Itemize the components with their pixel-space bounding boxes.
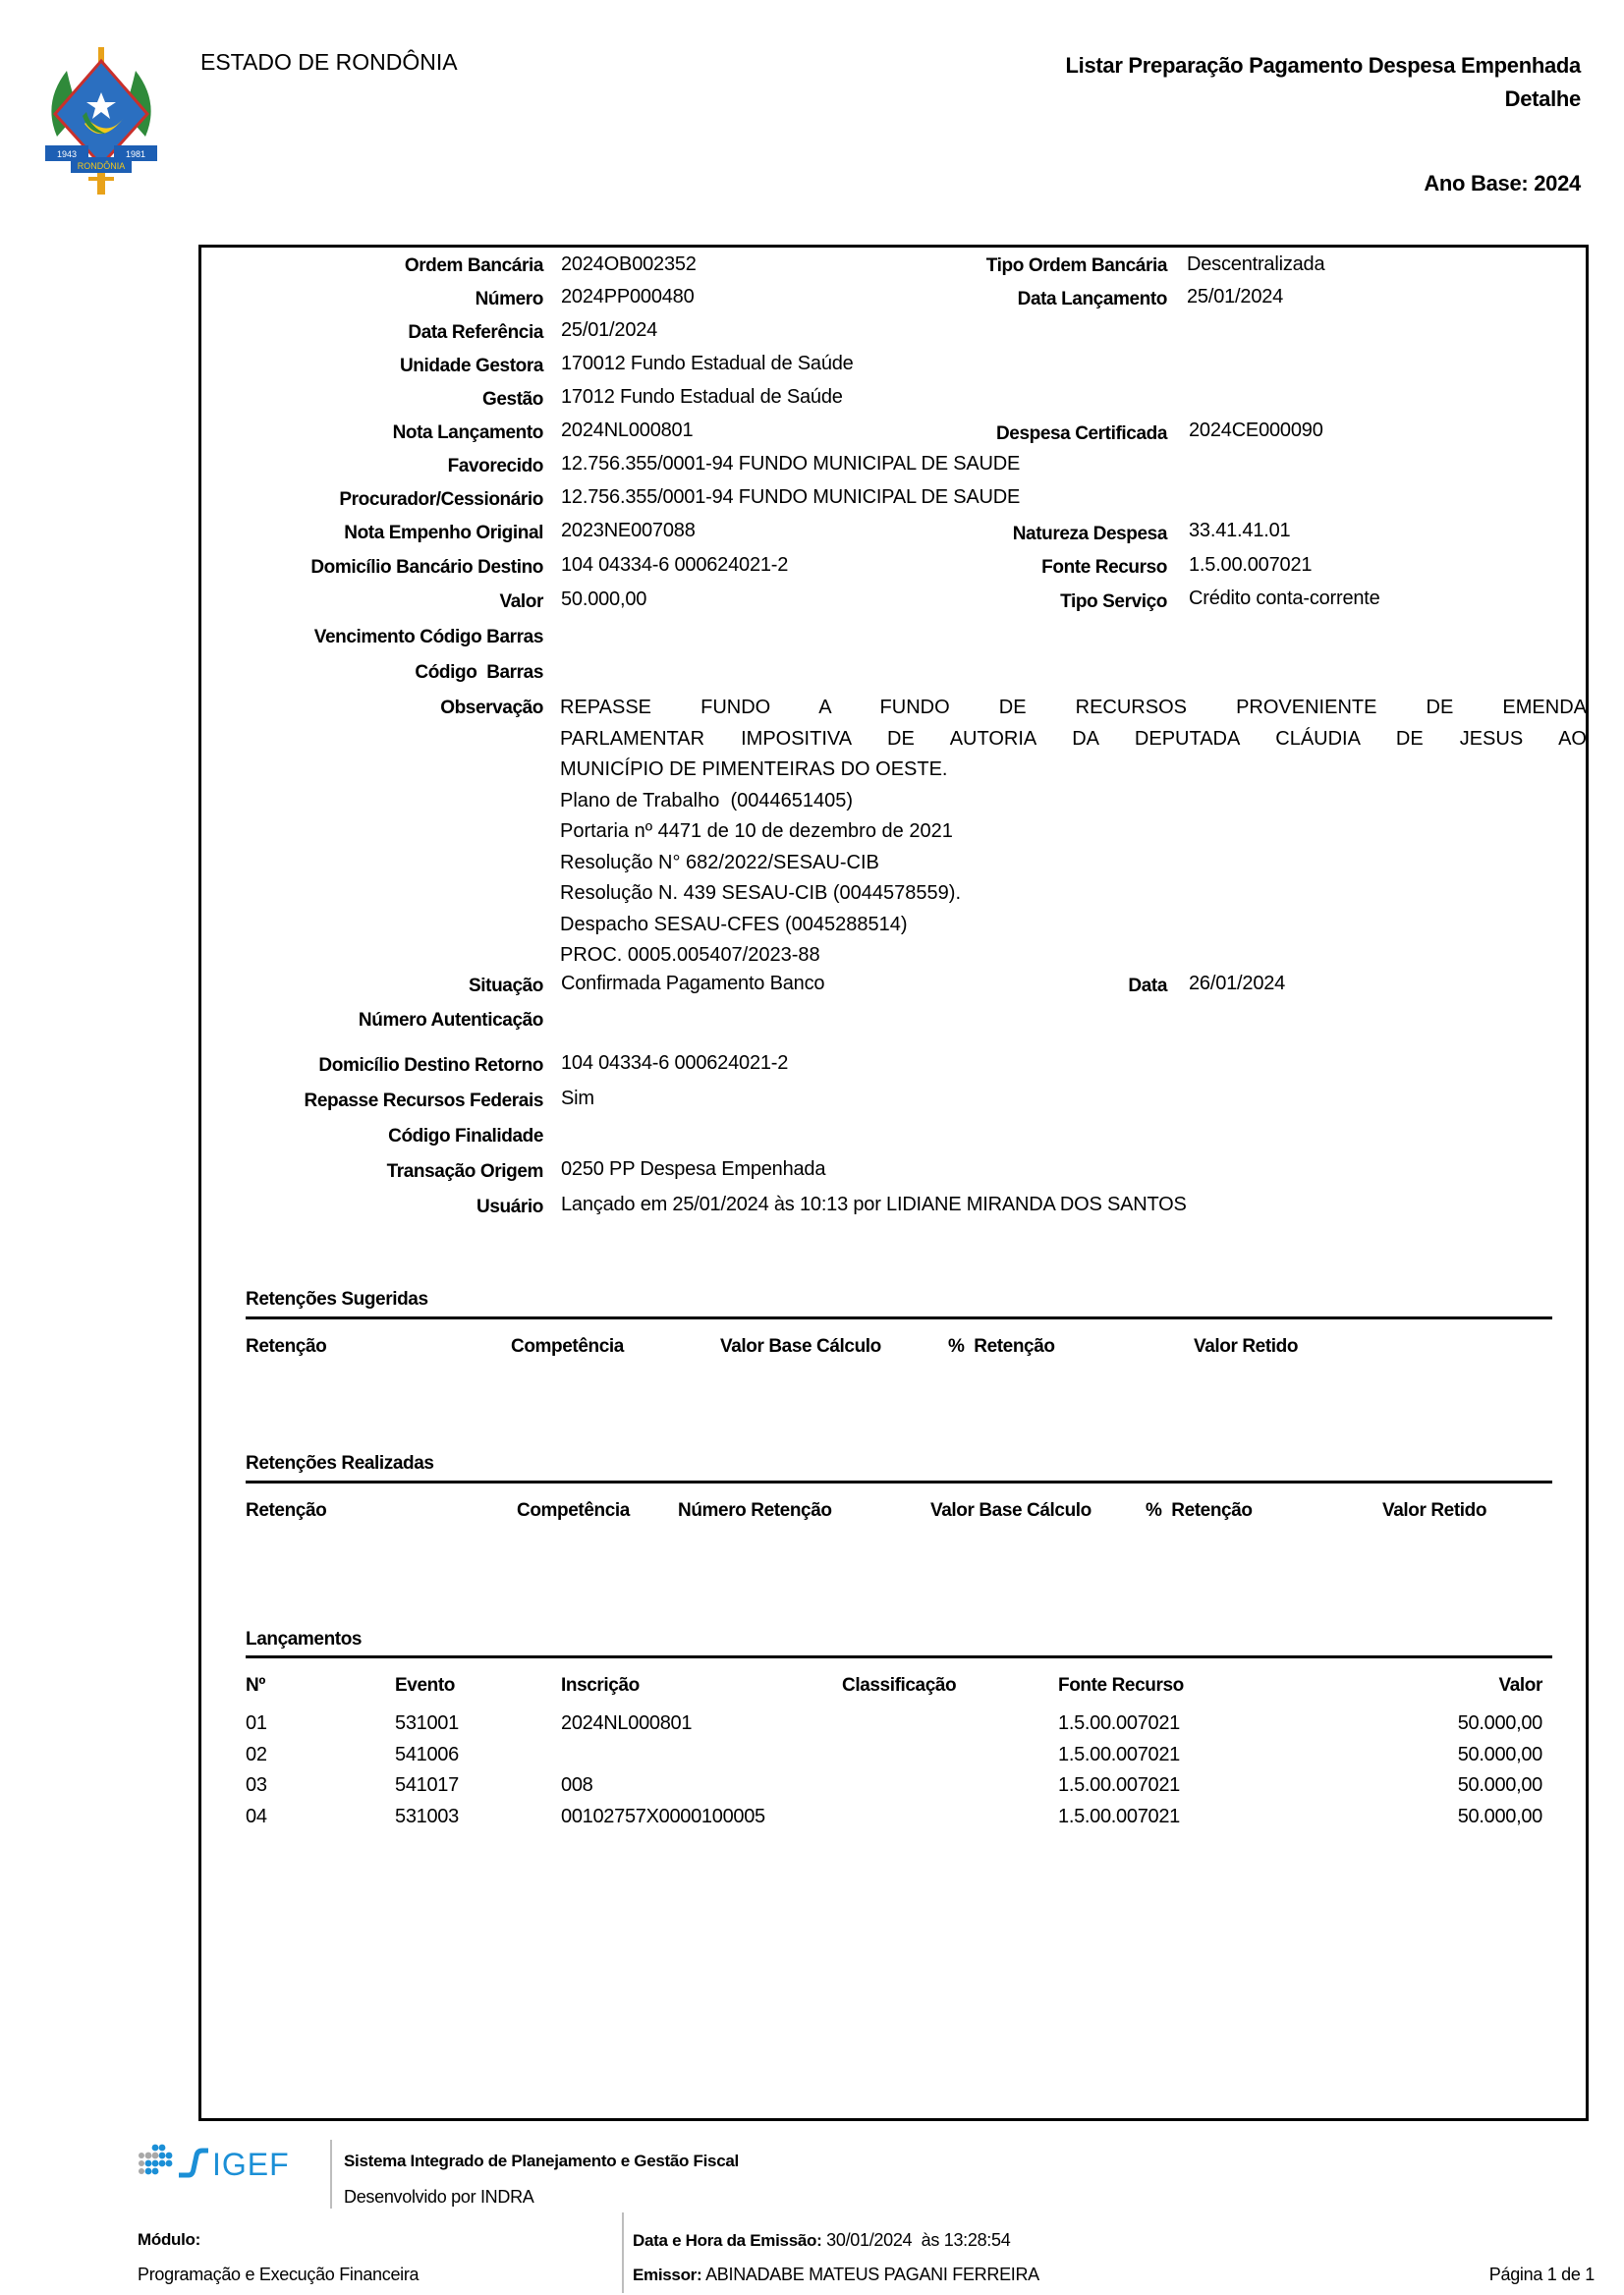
section-divider: [246, 1655, 1552, 1658]
label-domicilio-bancario-destino: Domicílio Bancário Destino: [310, 557, 543, 579]
value-domicilio-bancario-destino: 104 04334-6 000624021-2: [561, 554, 788, 577]
col-header: Competência: [511, 1336, 624, 1358]
lancamento-cell: 50.000,00: [1458, 1806, 1542, 1828]
label-transacao-origem: Transação Origem: [387, 1161, 543, 1183]
section-divider: [246, 1481, 1552, 1483]
lancamento-cell: 1.5.00.007021: [1058, 1806, 1180, 1828]
value-favorecido: 12.756.355/0001-94 FUNDO MUNICIPAL DE SA…: [561, 453, 1020, 476]
lancamento-cell: 02: [246, 1744, 267, 1766]
value-fonte-recurso: 1.5.00.007021: [1189, 554, 1312, 577]
value-numero: 2024PP000480: [561, 286, 695, 308]
ano-base-value: 2024: [1534, 171, 1581, 196]
col-header-evento: Evento: [395, 1675, 455, 1697]
label-repasse-recursos-federais: Repasse Recursos Federais: [305, 1091, 543, 1112]
lancamento-cell: 531001: [395, 1712, 459, 1735]
lancamento-cell: 2024NL000801: [561, 1712, 692, 1735]
col-header: Valor Base Cálculo: [720, 1336, 881, 1358]
col-header: Número Retenção: [678, 1500, 832, 1522]
value-ordem-bancaria: 2024OB002352: [561, 253, 697, 276]
value-nota-lancamento: 2024NL000801: [561, 420, 693, 442]
label-ordem-bancaria: Ordem Bancária: [405, 255, 543, 277]
label-data: Data: [1128, 976, 1167, 997]
observacao-line: Resolução N. 439 SESAU-CIB (0044578559).: [560, 878, 1587, 910]
lancamento-cell: 50.000,00: [1458, 1712, 1542, 1735]
emissao: Data e Hora da Emissão: 30/01/2024 às 13…: [633, 2230, 1010, 2251]
modulo-label: Módulo:: [138, 2230, 200, 2250]
value-despesa-certificada: 2024CE000090: [1189, 420, 1323, 442]
lancamento-cell: 1.5.00.007021: [1058, 1712, 1180, 1735]
svg-text:1943: 1943: [57, 149, 77, 159]
label-situacao: Situação: [469, 976, 543, 997]
lancamento-cell: 1.5.00.007021: [1058, 1774, 1180, 1797]
label-vencimento-codigo-barras: Vencimento Código Barras: [314, 627, 543, 648]
value-repasse-recursos-federais: Sim: [561, 1088, 594, 1110]
label-nota-empenho-original: Nota Empenho Original: [344, 523, 543, 544]
value-valor: 50.000,00: [561, 588, 646, 611]
state-crest-logo: 1943 1981 RONDÔNIA: [37, 43, 165, 200]
col-header-inscricao: Inscrição: [561, 1675, 640, 1697]
emissao-value: 30/01/2024 às 13:28:54: [826, 2230, 1010, 2250]
label-codigo-barras: Código Barras: [415, 662, 543, 684]
value-tipo-servico: Crédito conta-corrente: [1189, 588, 1380, 610]
col-header-fonte-recurso: Fonte Recurso: [1058, 1675, 1184, 1697]
value-data-lancamento: 25/01/2024: [1187, 286, 1283, 308]
col-header-numero: Nº: [246, 1675, 265, 1697]
lancamento-cell: 01: [246, 1712, 267, 1735]
lancamento-cell: 541006: [395, 1744, 459, 1766]
label-codigo-finalidade: Código Finalidade: [388, 1126, 543, 1147]
svg-text:1981: 1981: [126, 149, 145, 159]
observacao-line: Portaria nº 4471 de 10 de dezembro de 20…: [560, 816, 1587, 848]
sigef-logo-icon: IGEF: [138, 2142, 324, 2191]
observacao-line: Resolução N° 682/2022/SESAU-CIB: [560, 848, 1587, 879]
observacao-line: Despacho SESAU-CFES (0045288514): [560, 910, 1587, 941]
svg-text:IGEF: IGEF: [212, 2147, 290, 2182]
value-data-referencia: 25/01/2024: [561, 319, 657, 342]
retencoes-sugeridas-title: Retenções Sugeridas: [246, 1289, 428, 1311]
lancamento-cell: 04: [246, 1806, 267, 1828]
label-despesa-certificada: Despesa Certificada: [996, 423, 1167, 445]
section-divider: [246, 1316, 1552, 1319]
col-header: % Retenção: [948, 1336, 1055, 1358]
col-header: Retenção: [246, 1500, 326, 1522]
retencoes-realizadas-title: Retenções Realizadas: [246, 1453, 434, 1475]
value-transacao-origem: 0250 PP Despesa Empenhada: [561, 1158, 825, 1181]
label-data-lancamento: Data Lançamento: [1018, 289, 1167, 310]
report-subtitle: Detalhe: [1066, 83, 1582, 116]
label-usuario: Usuário: [476, 1197, 543, 1218]
emissor-label: Emissor:: [633, 2266, 701, 2284]
emissao-label: Data e Hora da Emissão:: [633, 2231, 821, 2250]
observacao-line: PARLAMENTAR IMPOSITIVA DE AUTORIA DA DEP…: [560, 724, 1587, 756]
value-usuario: Lançado em 25/01/2024 às 10:13 por LIDIA…: [561, 1194, 1187, 1216]
system-name: Sistema Integrado de Planejamento e Gest…: [344, 2152, 739, 2171]
col-header: % Retenção: [1146, 1500, 1253, 1522]
lancamento-cell: 1.5.00.007021: [1058, 1744, 1180, 1766]
value-situacao: Confirmada Pagamento Banco: [561, 973, 824, 995]
label-natureza-despesa: Natureza Despesa: [1013, 524, 1167, 545]
label-unidade-gestora: Unidade Gestora: [400, 356, 543, 377]
rondonia-coat-of-arms-icon: 1943 1981 RONDÔNIA: [37, 43, 165, 200]
lancamentos-title: Lançamentos: [246, 1629, 362, 1651]
emissor-value: ABINADABE MATEUS PAGANI FERREIRA: [705, 2265, 1039, 2284]
observacao-line: MUNICÍPIO DE PIMENTEIRAS DO OESTE.: [560, 755, 1587, 786]
label-tipo-ordem-bancaria: Tipo Ordem Bancária: [986, 255, 1167, 277]
footer-divider: [330, 2140, 332, 2209]
report-title: Listar Preparação Pagamento Despesa Empe…: [1066, 49, 1582, 83]
lancamento-cell: 50.000,00: [1458, 1774, 1542, 1797]
lancamento-cell: 008: [561, 1774, 592, 1797]
value-domicilio-destino-retorno: 104 04334-6 000624021-2: [561, 1052, 788, 1075]
label-nota-lancamento: Nota Lançamento: [393, 422, 543, 444]
sigef-logo: IGEF: [138, 2142, 324, 2191]
label-numero: Número: [476, 289, 543, 310]
label-procurador: Procurador/Cessionário: [339, 489, 543, 511]
label-tipo-servico: Tipo Serviço: [1060, 591, 1167, 613]
col-header: Valor Retido: [1382, 1500, 1486, 1522]
modulo-value: Programação e Execução Financeira: [138, 2265, 419, 2285]
page-number: Página 1 de 1: [1489, 2265, 1595, 2285]
value-procurador: 12.756.355/0001-94 FUNDO MUNICIPAL DE SA…: [561, 486, 1020, 509]
report-title-block: Listar Preparação Pagamento Despesa Empe…: [1066, 49, 1582, 116]
label-numero-autenticacao: Número Autenticação: [359, 1010, 543, 1032]
value-nota-empenho-original: 2023NE007088: [561, 520, 696, 542]
label-fonte-recurso: Fonte Recurso: [1041, 557, 1167, 579]
ano-base: Ano Base: 2024: [1424, 171, 1581, 196]
lancamento-cell: 03: [246, 1774, 267, 1797]
value-observacao: REPASSE FUNDO A FUNDO DE RECURSOS PROVEN…: [560, 693, 1587, 972]
label-observacao: Observação: [440, 698, 543, 719]
observacao-line: PROC. 0005.005407/2023-88: [560, 940, 1587, 972]
col-header-classificacao: Classificação: [842, 1675, 956, 1697]
observacao-line: Plano de Trabalho (0044651405): [560, 786, 1587, 817]
value-data: 26/01/2024: [1189, 973, 1285, 995]
value-unidade-gestora: 170012 Fundo Estadual de Saúde: [561, 353, 854, 375]
label-data-referencia: Data Referência: [408, 322, 543, 344]
value-natureza-despesa: 33.41.41.01: [1189, 520, 1290, 542]
lancamento-cell: 00102757X0000100005: [561, 1806, 765, 1828]
footer-divider: [622, 2212, 624, 2293]
label-gestao: Gestão: [482, 389, 543, 411]
label-domicilio-destino-retorno: Domicílio Destino Retorno: [318, 1055, 543, 1077]
col-header-valor: Valor: [1499, 1675, 1542, 1697]
col-header: Retenção: [246, 1336, 326, 1358]
observacao-line: REPASSE FUNDO A FUNDO DE RECURSOS PROVEN…: [560, 693, 1587, 724]
svg-text:RONDÔNIA: RONDÔNIA: [78, 161, 126, 171]
ano-base-label: Ano Base:: [1424, 171, 1528, 196]
state-name: ESTADO DE RONDÔNIA: [200, 49, 458, 76]
col-header: Valor Retido: [1194, 1336, 1298, 1358]
col-header: Competência: [517, 1500, 630, 1522]
value-gestao: 17012 Fundo Estadual de Saúde: [561, 386, 843, 409]
col-header: Valor Base Cálculo: [930, 1500, 1092, 1522]
lancamento-cell: 541017: [395, 1774, 459, 1797]
emissor: Emissor: ABINADABE MATEUS PAGANI FERREIR…: [633, 2265, 1039, 2285]
label-valor: Valor: [500, 591, 543, 613]
lancamento-cell: 531003: [395, 1806, 459, 1828]
value-tipo-ordem-bancaria: Descentralizada: [1187, 253, 1324, 276]
developer: Desenvolvido por INDRA: [344, 2187, 533, 2208]
label-favorecido: Favorecido: [448, 456, 543, 477]
lancamento-cell: 50.000,00: [1458, 1744, 1542, 1766]
